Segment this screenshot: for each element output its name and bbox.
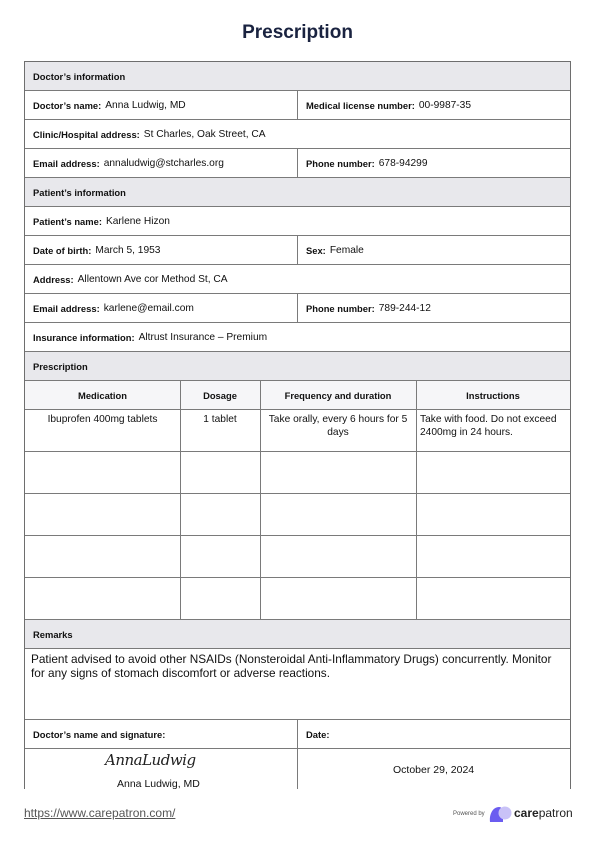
table-row xyxy=(25,452,570,494)
table-cell[interactable] xyxy=(186,536,254,539)
table-cell[interactable] xyxy=(186,578,254,581)
table-cell[interactable] xyxy=(31,536,174,539)
field-value: 678-94299 xyxy=(379,158,428,169)
table-cell[interactable] xyxy=(266,452,410,455)
doctor-email-field[interactable]: Email address:annaludwig@stcharles.org xyxy=(25,149,297,177)
sex-field[interactable]: Sex:Female xyxy=(297,236,570,264)
field-label: Phone number: xyxy=(306,158,375,169)
brand-bold: care xyxy=(514,806,539,820)
table-cell[interactable] xyxy=(31,578,174,581)
patient-name-field[interactable]: Patient’s name:Karlene Hizon xyxy=(25,207,570,235)
column-divider xyxy=(180,381,181,620)
patient-dob-row: Date of birth:March 5, 1953 Sex:Female xyxy=(25,236,570,265)
field-label: Email address: xyxy=(33,158,100,169)
patient-address-field[interactable]: Address:Allentown Ave cor Method St, CA xyxy=(25,265,570,293)
page-title: Prescription xyxy=(0,22,595,44)
table-cell[interactable] xyxy=(266,578,410,581)
column-header-frequency: Frequency and duration xyxy=(260,381,416,409)
table-cell[interactable] xyxy=(266,494,410,497)
dob-field[interactable]: Date of birth:March 5, 1953 xyxy=(25,236,297,264)
table-cell[interactable] xyxy=(31,452,174,455)
date-field[interactable]: October 29, 2024 xyxy=(297,749,570,789)
field-label: Address: xyxy=(33,274,74,285)
table-cell[interactable] xyxy=(420,452,566,455)
prescription-form: Doctor’s information Doctor’s name:Anna … xyxy=(24,61,571,789)
patient-phone-field[interactable]: Phone number:789-244-12 xyxy=(297,294,570,322)
doctor-contact-row: Email address:annaludwig@stcharles.org P… xyxy=(25,149,570,178)
carepatron-brand: carepatron xyxy=(514,806,573,820)
column-header-medication: Medication xyxy=(25,381,180,409)
field-value: Female xyxy=(330,245,364,256)
field-label: Doctor’s name: xyxy=(33,100,101,111)
patient-section-header: Patient’s information xyxy=(25,178,570,207)
field-label: Sex: xyxy=(306,245,326,256)
table-row xyxy=(25,578,570,620)
table-cell[interactable] xyxy=(266,536,410,539)
remarks-section-header: Remarks xyxy=(25,620,570,649)
table-cell[interactable]: Take with food. Do not exceed 2400mg in … xyxy=(420,410,566,439)
field-label: Insurance information: xyxy=(33,332,135,343)
prescription-section-header: Prescription xyxy=(25,352,570,381)
patient-contact-row: Email address:karlene@email.com Phone nu… xyxy=(25,294,570,323)
table-cell[interactable]: Take orally, every 6 hours for 5 days xyxy=(266,410,410,439)
doctor-phone-field[interactable]: Phone number:678-94299 xyxy=(297,149,570,177)
signature-row: AnnaLudwig Anna Ludwig, MD October 29, 2… xyxy=(25,749,570,789)
insurance-field[interactable]: Insurance information:Altrust Insurance … xyxy=(25,323,570,351)
field-value: March 5, 1953 xyxy=(95,245,160,256)
medication-table-header: Medication Dosage Frequency and duration… xyxy=(25,381,570,410)
field-value: karlene@email.com xyxy=(104,303,194,314)
field-value: Karlene Hizon xyxy=(106,216,170,227)
table-row: Ibuprofen 400mg tablets1 tabletTake oral… xyxy=(25,410,570,452)
field-value: 00-9987-35 xyxy=(419,100,471,111)
field-value: Allentown Ave cor Method St, CA xyxy=(78,274,228,285)
table-row xyxy=(25,536,570,578)
table-row xyxy=(25,494,570,536)
doctor-name-row: Doctor’s name:Anna Ludwig, MD Medical li… xyxy=(25,91,570,120)
table-cell[interactable] xyxy=(420,578,566,581)
field-value: Altrust Insurance – Premium xyxy=(139,332,268,343)
carepatron-logo-icon xyxy=(488,805,512,822)
table-cell[interactable]: 1 tablet xyxy=(186,410,254,426)
table-cell[interactable] xyxy=(186,494,254,497)
signature-name: Anna Ludwig, MD xyxy=(117,778,200,789)
signature-header-row: Doctor’s name and signature: Date: xyxy=(25,720,570,749)
doctor-section-header: Doctor’s information xyxy=(25,62,570,91)
column-divider xyxy=(416,381,417,620)
patient-email-field[interactable]: Email address:karlene@email.com xyxy=(25,294,297,322)
column-divider xyxy=(260,381,261,620)
table-cell[interactable] xyxy=(420,494,566,497)
field-label: Medical license number: xyxy=(306,100,415,111)
doctor-name-field[interactable]: Doctor’s name:Anna Ludwig, MD xyxy=(25,91,297,119)
section-label: Prescription xyxy=(25,352,570,380)
clinic-address-field[interactable]: Clinic/Hospital address:St Charles, Oak … xyxy=(25,120,570,148)
field-label: Phone number: xyxy=(306,303,375,314)
remarks-box[interactable]: Patient advised to avoid other NSAIDs (N… xyxy=(25,649,570,720)
clinic-address-row: Clinic/Hospital address:St Charles, Oak … xyxy=(25,120,570,149)
table-cell[interactable] xyxy=(31,494,174,497)
section-label: Remarks xyxy=(25,620,570,648)
field-label: Date of birth: xyxy=(33,245,91,256)
signature-field[interactable]: AnnaLudwig Anna Ludwig, MD xyxy=(25,749,297,789)
table-cell[interactable] xyxy=(186,452,254,455)
patient-address-row: Address:Allentown Ave cor Method St, CA xyxy=(25,265,570,294)
table-cell[interactable] xyxy=(420,536,566,539)
section-label: Patient’s information xyxy=(25,178,570,206)
field-value: Anna Ludwig, MD xyxy=(105,100,185,111)
date-label: Date: xyxy=(297,720,570,748)
field-label: Email address: xyxy=(33,303,100,314)
license-field[interactable]: Medical license number:00-9987-35 xyxy=(297,91,570,119)
insurance-row: Insurance information:Altrust Insurance … xyxy=(25,323,570,352)
column-header-dosage: Dosage xyxy=(180,381,260,409)
signature-label: Doctor’s name and signature: xyxy=(25,720,297,748)
column-header-instructions: Instructions xyxy=(416,381,570,409)
patient-name-row: Patient’s name:Karlene Hizon xyxy=(25,207,570,236)
field-value: St Charles, Oak Street, CA xyxy=(144,129,266,140)
powered-by-label: Powered by xyxy=(453,811,485,817)
field-label: Clinic/Hospital address: xyxy=(33,129,140,140)
field-label: Patient’s name: xyxy=(33,216,102,227)
table-cell[interactable]: Ibuprofen 400mg tablets xyxy=(31,410,174,426)
signature-image: AnnaLudwig xyxy=(105,751,196,769)
brand-rest: patron xyxy=(539,806,573,820)
carepatron-link[interactable]: https://www.carepatron.com/ xyxy=(24,806,175,820)
remarks-text: Patient advised to avoid other NSAIDs (N… xyxy=(31,652,561,680)
date-value: October 29, 2024 xyxy=(393,764,474,776)
section-label: Doctor’s information xyxy=(25,62,570,90)
field-value: 789-244-12 xyxy=(379,303,431,314)
field-value: annaludwig@stcharles.org xyxy=(104,158,224,169)
